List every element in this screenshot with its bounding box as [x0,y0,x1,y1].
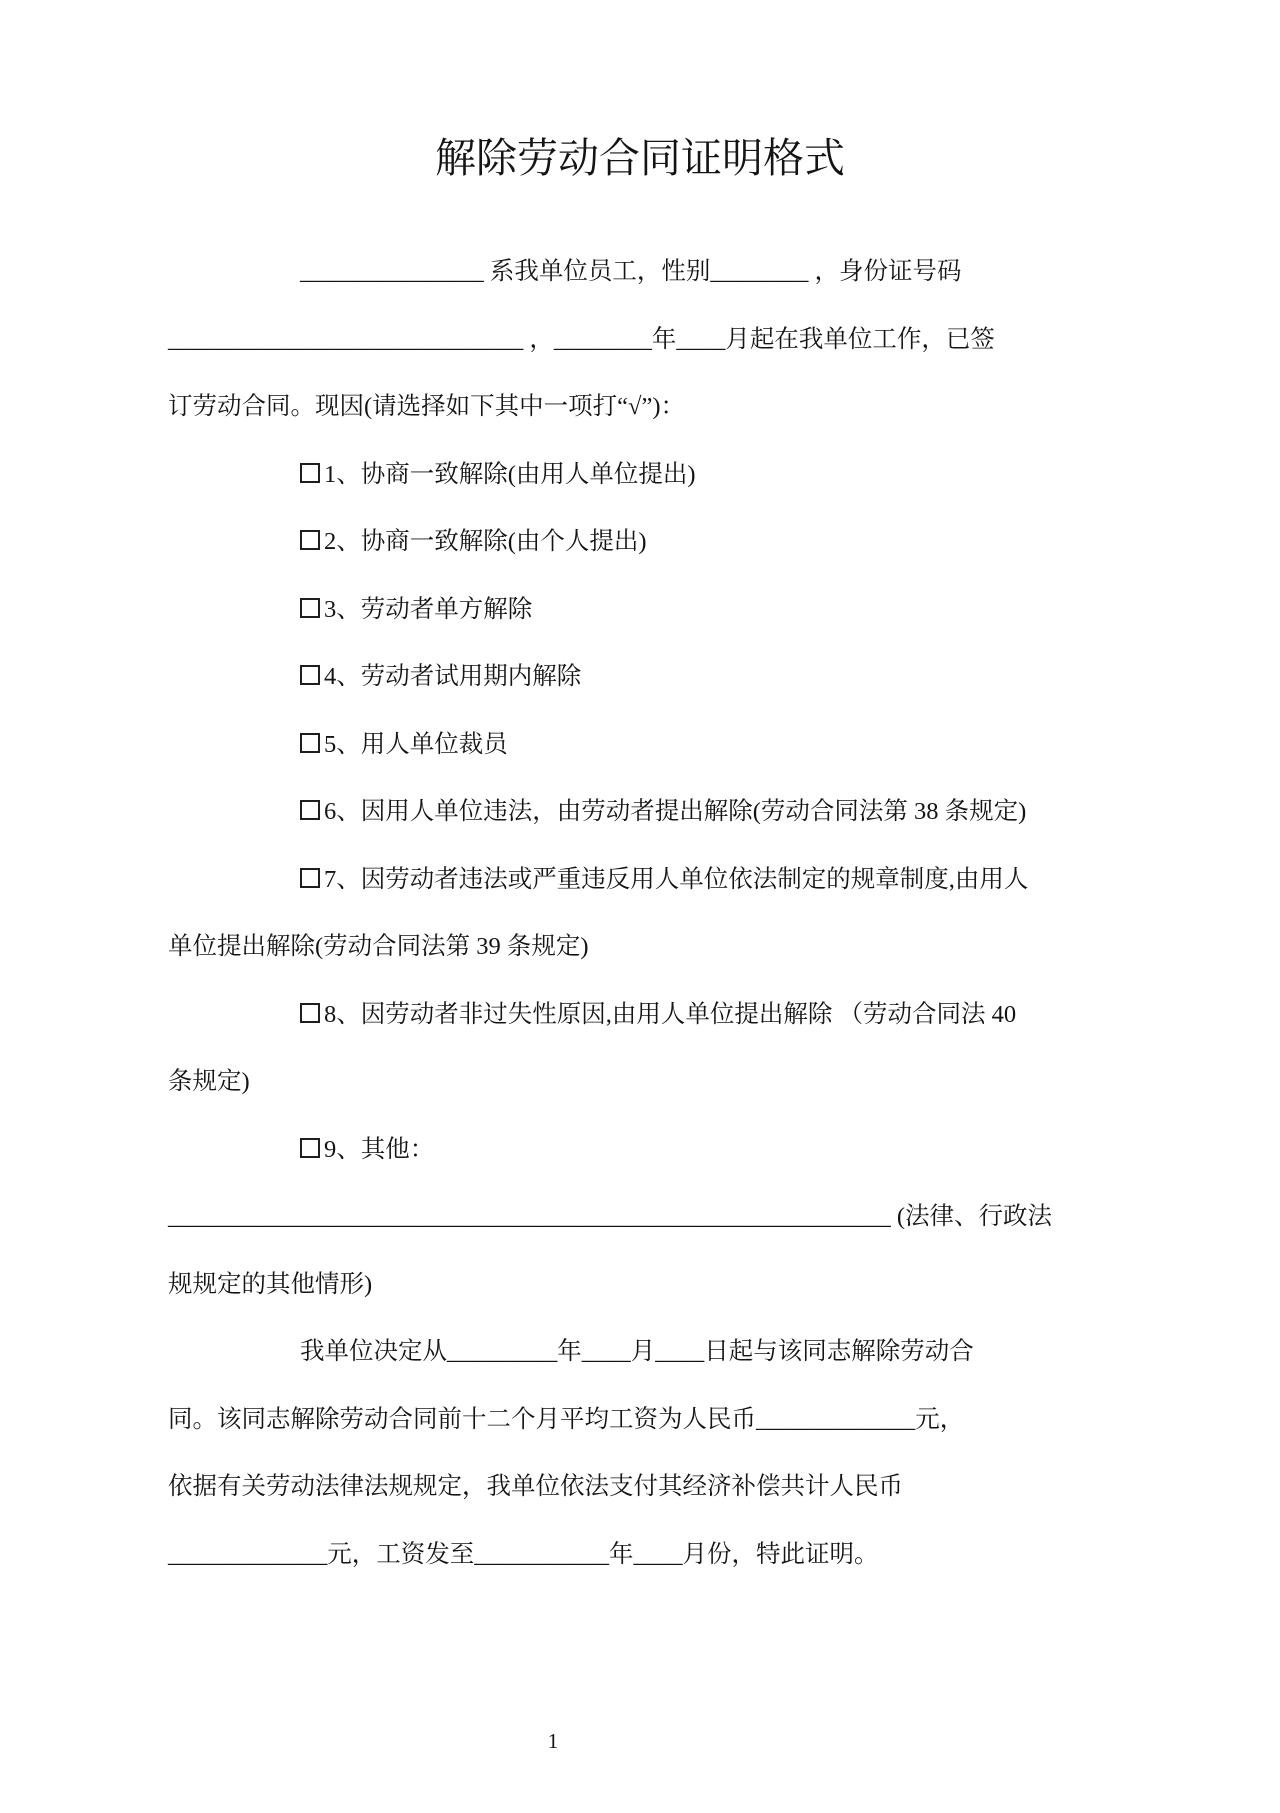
option-2-label: 2、协商一致解除(由个人提出) [324,528,647,555]
checkbox-option-5[interactable] [300,733,320,753]
checkbox-option-6[interactable] [300,800,320,820]
option-8-wrap: 条规定) [168,1048,1112,1116]
checkbox-option-9[interactable] [300,1138,320,1158]
document-content: 解除劳动合同证明格式 _______________ 系我单位员工，性别____… [168,126,1112,1588]
option-8: 8、因劳动者非过失性原因,由用人单位提出解除 （劳动合同法 40 [168,981,1112,1049]
option-9: 9、其他： [168,1116,1112,1184]
checkbox-option-4[interactable] [300,665,320,685]
checkbox-option-1[interactable] [300,463,320,483]
closing-line-4: _____________元，工资发至___________年____月份，特此… [168,1521,1112,1589]
option-6: 6、因用人单位违法，由劳动者提出解除(劳动合同法第 38 条规定) [168,778,1112,846]
checkbox-option-7[interactable] [300,868,320,888]
option-6-label: 6、因用人单位违法，由劳动者提出解除(劳动合同法第 38 条规定) [324,798,1026,825]
intro-line-2: _____________________________ ，________年… [168,306,1112,374]
option-5-label: 5、用人单位裁员 [324,731,508,758]
document-page: 解除劳动合同证明格式 _______________ 系我单位员工，性别____… [0,0,1280,1813]
option-4: 4、劳动者试用期内解除 [168,643,1112,711]
option-7: 7、因劳动者违法或严重违反用人单位依法制定的规章制度,由用人 [168,846,1112,914]
option-7-wrap: 单位提出解除(劳动合同法第 39 条规定) [168,913,1112,981]
other-reason-blank-line: ________________________________________… [168,1183,1112,1251]
option-3-label: 3、劳动者单方解除 [324,596,532,623]
option-5: 5、用人单位裁员 [168,711,1112,779]
option-2: 2、协商一致解除(由个人提出) [168,508,1112,576]
checkbox-option-3[interactable] [300,598,320,618]
closing-line-1: 我单位决定从_________年____月____日起与该同志解除劳动合 [168,1318,1112,1386]
option-3: 3、劳动者单方解除 [168,576,1112,644]
closing-line-2: 同。该同志解除劳动合同前十二个月平均工资为人民币_____________元， [168,1386,1112,1454]
option-9-label: 9、其他： [324,1136,434,1163]
document-title: 解除劳动合同证明格式 [168,126,1112,190]
checkbox-option-2[interactable] [300,530,320,550]
option-1-label: 1、协商一致解除(由用人单位提出) [324,461,696,488]
page-number: 1 [168,1726,938,1756]
option-8-label: 8、因劳动者非过失性原因,由用人单位提出解除 （劳动合同法 40 [324,1001,1016,1028]
other-reason-wrap: 规规定的其他情形) [168,1251,1112,1319]
option-1: 1、协商一致解除(由用人单位提出) [168,441,1112,509]
option-4-label: 4、劳动者试用期内解除 [324,663,581,690]
checkbox-option-8[interactable] [300,1003,320,1023]
option-7-label: 7、因劳动者违法或严重违反用人单位依法制定的规章制度,由用人 [324,866,1028,893]
closing-line-3: 依据有关劳动法律法规规定，我单位依法支付其经济补偿共计人民币 [168,1453,1112,1521]
intro-line-1: _______________ 系我单位员工，性别________ ，身份证号码 [168,238,1112,306]
intro-line-3: 订劳动合同。现因(请选择如下其中一项打“√”)： [168,373,1112,441]
